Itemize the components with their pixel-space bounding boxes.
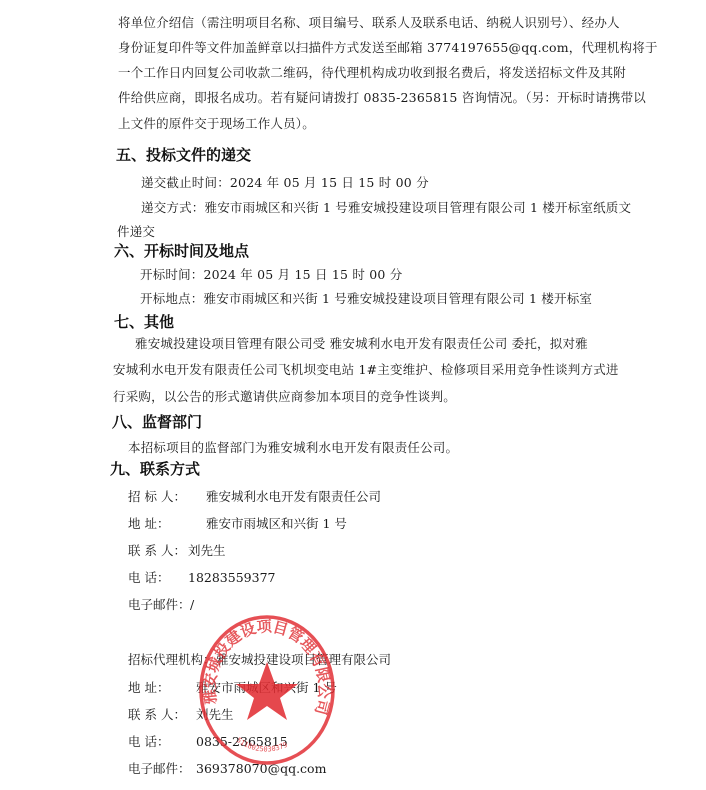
tenderer-name-row: 招 标 人：雅安城利水电开发有限责任公司: [128, 489, 381, 505]
section-7-heading: 七、其他: [114, 313, 174, 331]
section-5-heading: 五、投标文件的递交: [116, 146, 251, 164]
tenderer-name-label: 招 标 人：: [128, 489, 206, 505]
tenderer-address-row: 地 址：雅安市雨城区和兴街 1 号: [128, 516, 347, 532]
tenderer-contact-row: 联 系 人：刘先生: [128, 543, 226, 559]
agent-phone-label: 电 话：: [128, 734, 196, 750]
agent-email-value: 369378070@qq.com: [196, 761, 326, 777]
opening-time: 开标时间：2024 年 05 月 15 日 15 时 00 分: [140, 267, 402, 283]
submission-method-line-1: 递交方式：雅安市雨城区和兴街 1 号雅安城投建设项目管理有限公司 1 楼开标室纸…: [141, 200, 631, 216]
intro-line-2: 身份证复印件等文件加盖鲜章以扫描件方式发送至邮箱 3774197655@qq.c…: [118, 40, 658, 56]
tenderer-contact-value: 刘先生: [188, 543, 226, 559]
intro-line-3: 一个工作日内回复公司收款二维码，待代理机构成功收到报名费后，将发送招标文件及其附: [118, 65, 626, 81]
tenderer-phone-row: 电 话：18283559377: [128, 570, 275, 586]
tenderer-phone-value: 18283559377: [188, 570, 275, 586]
tenderer-address-value: 雅安市雨城区和兴街 1 号: [206, 516, 347, 532]
agent-contact-label: 联 系 人：: [128, 707, 196, 723]
agent-phone-value: 0835-2365815: [196, 734, 288, 750]
agent-address-label: 地 址：: [128, 680, 196, 696]
intro-line-4: 件给供应商，即报名成功。若有疑问请拨打 0835-2365815 咨询情况。（另…: [118, 90, 646, 106]
submission-method-line-2: 件递交: [117, 224, 155, 240]
submission-deadline: 递交截止时间：2024 年 05 月 15 日 15 时 00 分: [141, 175, 429, 191]
opening-place: 开标地点：雅安市雨城区和兴街 1 号雅安城投建设项目管理有限公司 1 楼开标室: [140, 291, 592, 307]
agent-address-row: 地 址：雅安市雨城区和兴街 1 号: [128, 680, 337, 696]
agent-name-row: 招标代理机构：雅安城投建设项目管理有限公司: [128, 652, 391, 668]
tenderer-email-label: 电子邮件：: [128, 597, 190, 613]
agent-address-value: 雅安市雨城区和兴街 1 号: [196, 680, 337, 696]
agent-contact-row: 联 系 人：刘先生: [128, 707, 234, 723]
agent-email-label: 电子邮件：: [128, 761, 196, 777]
agent-contact-value: 刘先生: [196, 707, 234, 723]
document-page: 将单位介绍信（需注明项目名称、项目编号、联系人及联系电话、纳税人识别号）、经办人…: [0, 0, 706, 790]
intro-line-1: 将单位介绍信（需注明项目名称、项目编号、联系人及联系电话、纳税人识别号）、经办人: [118, 15, 620, 31]
tenderer-address-label: 地 址：: [128, 516, 206, 532]
tenderer-email-row: 电子邮件：/: [128, 597, 194, 613]
section-8-heading: 八、监督部门: [112, 413, 202, 431]
other-line-3: 行采购，以公告的形式邀请供应商参加本项目的竞争性谈判。: [113, 389, 456, 405]
other-line-2: 安城利水电开发有限责任公司飞机坝变电站 1#主变维护、检修项目采用竞争性谈判方式…: [113, 362, 619, 378]
other-line-1: 雅安城投建设项目管理有限公司受 雅安城利水电开发有限责任公司 委托，拟对雅: [135, 336, 588, 352]
agent-name-value: 雅安城投建设项目管理有限公司: [216, 652, 391, 668]
tenderer-contact-label: 联 系 人：: [128, 543, 188, 559]
agent-name-label: 招标代理机构：: [128, 652, 216, 668]
supervision-text: 本招标项目的监督部门为雅安城利水电开发有限责任公司。: [128, 440, 458, 456]
agent-phone-row: 电 话：0835-2365815: [128, 734, 288, 750]
section-6-heading: 六、开标时间及地点: [114, 242, 249, 260]
agent-email-row: 电子邮件：369378070@qq.com: [128, 761, 326, 777]
tenderer-phone-label: 电 话：: [128, 570, 188, 586]
tenderer-email-value: /: [190, 597, 194, 613]
tenderer-name-value: 雅安城利水电开发有限责任公司: [206, 489, 381, 505]
intro-line-5: 上文件的原件交于现场工作人员）。: [118, 116, 315, 132]
section-9-heading: 九、联系方式: [110, 460, 200, 478]
